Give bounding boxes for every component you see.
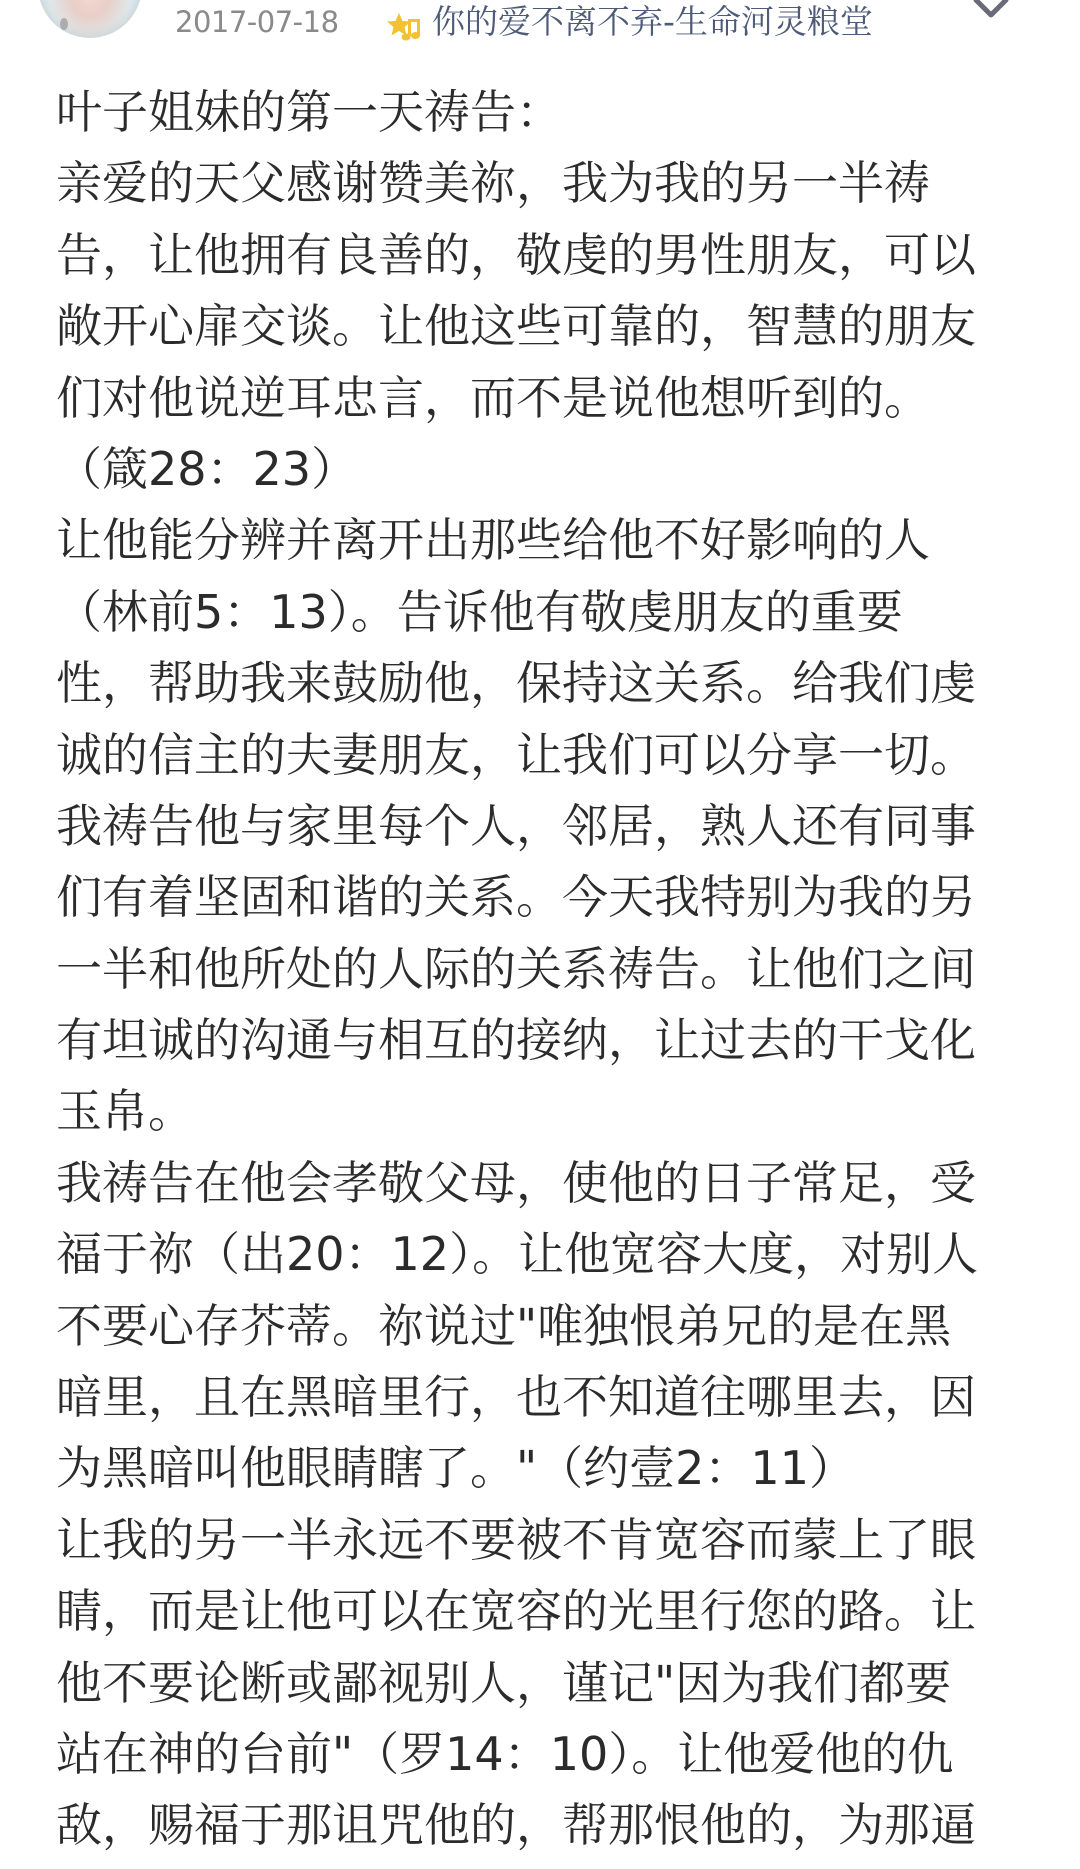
post-body: 叶子姐妹的第一天祷告： 亲爱的天父感谢赞美祢，我为我的另一半祷 告，让他拥有良善… bbox=[56, 77, 1056, 1862]
post-line: 一半和他所处的人际的关系祷告。让他们之间 bbox=[56, 934, 1056, 1005]
post-line: 性，帮助我来鼓励他，保持这关系。给我们虔 bbox=[56, 648, 1056, 719]
post-line: （箴28：23） bbox=[56, 434, 1056, 505]
post-line: 敌，赐福于那诅咒他的，帮那恨他的，为那逼 bbox=[56, 1790, 1056, 1861]
post-line: 不要心存芥蒂。祢说过"唯独恨弟兄的是在黑 bbox=[56, 1291, 1056, 1362]
star-music-note-icon bbox=[386, 11, 426, 41]
user-avatar[interactable] bbox=[38, 0, 142, 38]
post-line: 们对他说逆耳忠言，而不是说他想听到的。 bbox=[56, 363, 1056, 434]
song-title-link[interactable]: 你的爱不离不弃-生命河灵粮堂 bbox=[432, 2, 873, 42]
post-line: 叶子姐妹的第一天祷告： bbox=[56, 77, 1056, 148]
post-line: 让他能分辨并离开出那些给他不好影响的人 bbox=[56, 505, 1056, 576]
post-line: 为黑暗叫他眼睛瞎了。"（约壹2：11） bbox=[56, 1433, 1056, 1504]
post-line: 他不要论断或鄙视别人，谨记"因为我们都要 bbox=[56, 1648, 1056, 1719]
post-line: 告，让他拥有良善的，敬虔的男性朋友，可以 bbox=[56, 220, 1056, 291]
post-line: 诚的信主的夫妻朋友，让我们可以分享一切。 bbox=[56, 720, 1056, 791]
post-line: 让我的另一半永远不要被不肯宽容而蒙上了眼 bbox=[56, 1505, 1056, 1576]
post-line: 我祷告他与家里每个人，邻居，熟人还有同事 bbox=[56, 791, 1056, 862]
post-line: 敞开心扉交谈。让他这些可靠的，智慧的朋友 bbox=[56, 291, 1056, 362]
post-line: 玉帛。 bbox=[56, 1076, 1056, 1147]
post-line: 站在神的台前"（罗14：10）。让他爱他的仇 bbox=[56, 1719, 1056, 1790]
chevron-down-icon[interactable] bbox=[972, 0, 1010, 20]
post-line: （林前5：13）。告诉他有敬虔朋友的重要 bbox=[56, 577, 1056, 648]
post-line: 我祷告在他会孝敬父母，使他的日子常足，受 bbox=[56, 1148, 1056, 1219]
post-line: 福于祢（出20：12）。让他宽容大度，对别人 bbox=[56, 1219, 1056, 1290]
post-line: 睛，而是让他可以在宽容的光里行您的路。让 bbox=[56, 1576, 1056, 1647]
post-date: 2017-07-18 bbox=[175, 4, 339, 40]
post-line: 们有着坚固和谐的关系。今天我特别为我的另 bbox=[56, 862, 1056, 933]
post-line: 有坦诚的沟通与相互的接纳，让过去的干戈化 bbox=[56, 1005, 1056, 1076]
post-line: 暗里，且在黑暗里行，也不知道往哪里去，因 bbox=[56, 1362, 1056, 1433]
post-line: 亲爱的天父感谢赞美祢，我为我的另一半祷 bbox=[56, 148, 1056, 219]
post-header: 2017-07-18 你的爱不离不弃-生命河灵粮堂 bbox=[0, 0, 1080, 50]
